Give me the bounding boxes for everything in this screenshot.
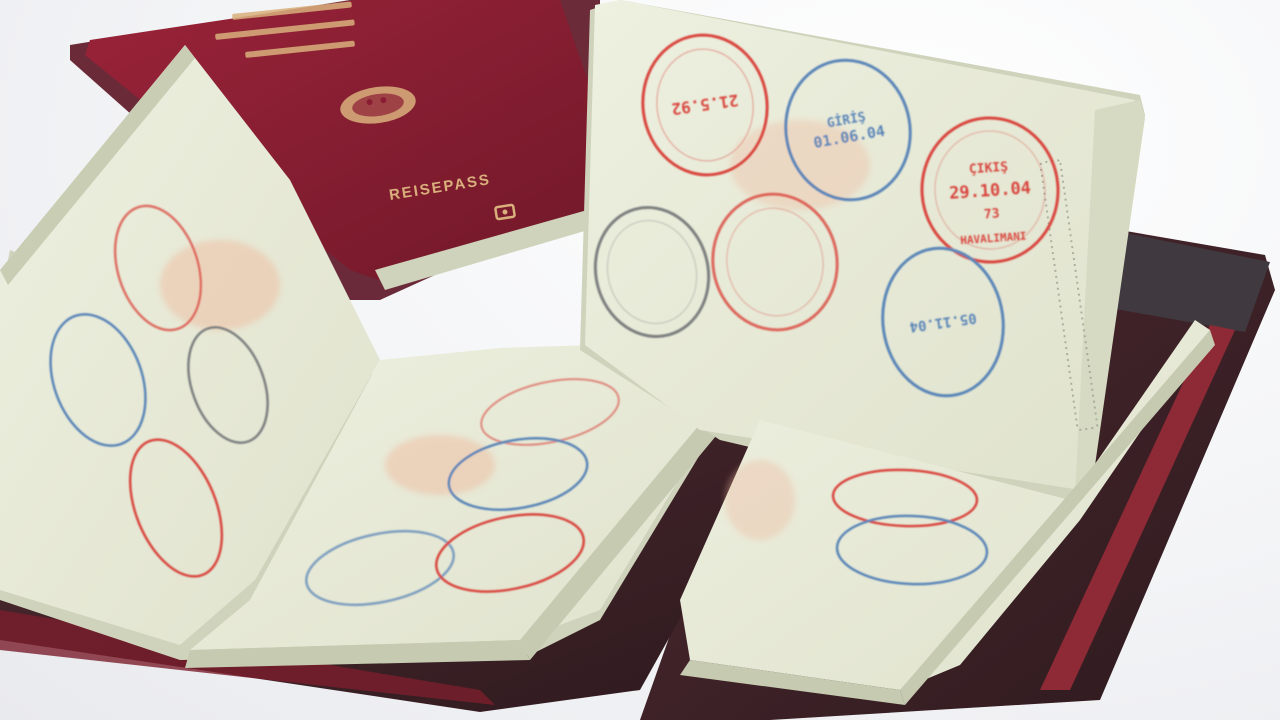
photo-scene: REISEPASS: [0, 0, 1280, 720]
svg-text:ÇIKIŞ: ÇIKIŞ: [968, 160, 1008, 178]
svg-text:73: 73: [983, 206, 1000, 222]
passports-illustration: REISEPASS: [0, 0, 1280, 720]
